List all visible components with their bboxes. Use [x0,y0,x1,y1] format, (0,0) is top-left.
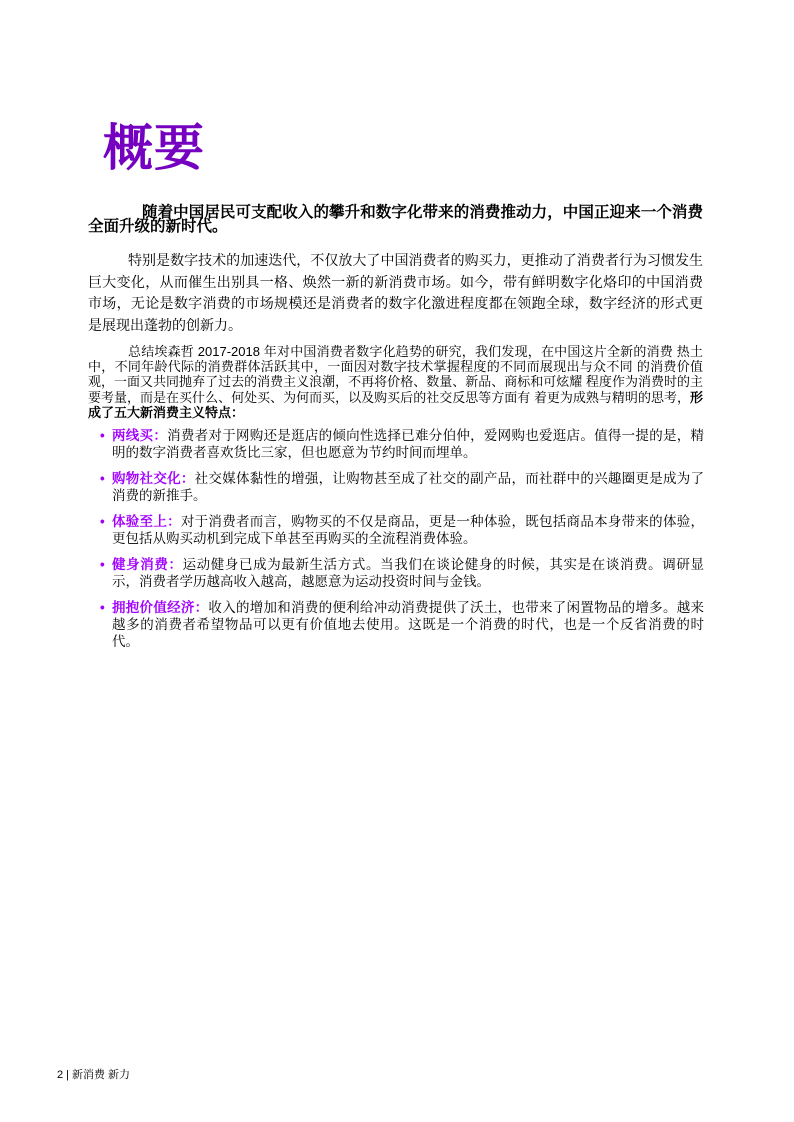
list-item-lead: 两线买： [112,428,167,443]
list-item-experience-first: •体验至上：对于消费者而言，购物买的不仅是商品，更是一种体验，既包括商品本身带来… [100,513,704,547]
bullet-icon: • [100,470,105,487]
page-number: 2 [57,1069,63,1081]
paragraph-research-summary: 总结埃森哲 2017-2018 年对中国消费者数字化趋势的研究，我们发现，在中国… [88,344,703,420]
consumerism-traits-list: •两线买：消费者对于网购还是逛店的倾向性选择已难分伯仲，爱网购也爱逛店。值得一提… [100,427,704,659]
list-item-social-shopping: •购物社交化：社交媒体黏性的增强，让购物甚至成了社交的副产品，而社群中的兴趣圈更… [100,470,704,504]
list-item-lead: 拥抱价值经济： [112,600,208,615]
footer-separator: | [66,1069,69,1081]
footer-doc-title: 新消费 新力 [72,1069,130,1081]
list-item-lead: 健身消费： [112,557,183,572]
bullet-icon: • [100,599,105,616]
list-item-lead: 购物社交化： [112,471,195,486]
bullet-icon: • [100,556,105,573]
paragraph-research-summary-text: 总结埃森哲 2017-2018 年对中国消费者数字化趋势的研究，我们发现，在中国… [88,344,703,405]
list-item-text: 运动健身已成为最新生活方式。当我们在谈论健身的时候，其实是在谈消费。调研显示，消… [112,557,704,589]
list-item-text: 社交媒体黏性的增强，让购物甚至成了社交的副产品，而社群中的兴趣圈更是成为了消费的… [112,471,704,503]
list-item-value-economy: •拥抱价值经济：收入的增加和消费的便利给冲动消费提供了沃土，也带来了闲置物品的增… [100,599,704,650]
bullet-icon: • [100,427,105,444]
list-item-two-line-buying: •两线买：消费者对于网购还是逛店的倾向性选择已难分伯仲，爱网购也爱逛店。值得一提… [100,427,704,461]
intro-statement: 随着中国居民可支配收入的攀升和数字化带来的消费推动力，中国正迎来一个消费全面升级… [88,206,703,234]
paragraph-digital-technology: 特别是数字技术的加速迭代，不仅放大了中国消费者的购买力，更推动了消费者行为习惯发… [88,250,703,336]
list-item-lead: 体验至上： [112,514,181,529]
list-item-fitness-consumption: •健身消费：运动健身已成为最新生活方式。当我们在谈论健身的时候，其实是在谈消费。… [100,556,704,590]
list-item-text: 消费者对于网购还是逛店的倾向性选择已难分伯仲，爱网购也爱逛店。值得一提的是，精明… [112,428,704,460]
page-title: 概要 [103,122,205,175]
bullet-icon: • [100,513,105,530]
report-page: 概要 随着中国居民可支配收入的攀升和数字化带来的消费推动力，中国正迎来一个消费全… [0,0,794,1122]
page-footer: 2|新消费 新力 [57,1066,133,1082]
list-item-text: 对于消费者而言，购物买的不仅是商品，更是一种体验，既包括商品本身带来的体验，更包… [112,514,704,546]
